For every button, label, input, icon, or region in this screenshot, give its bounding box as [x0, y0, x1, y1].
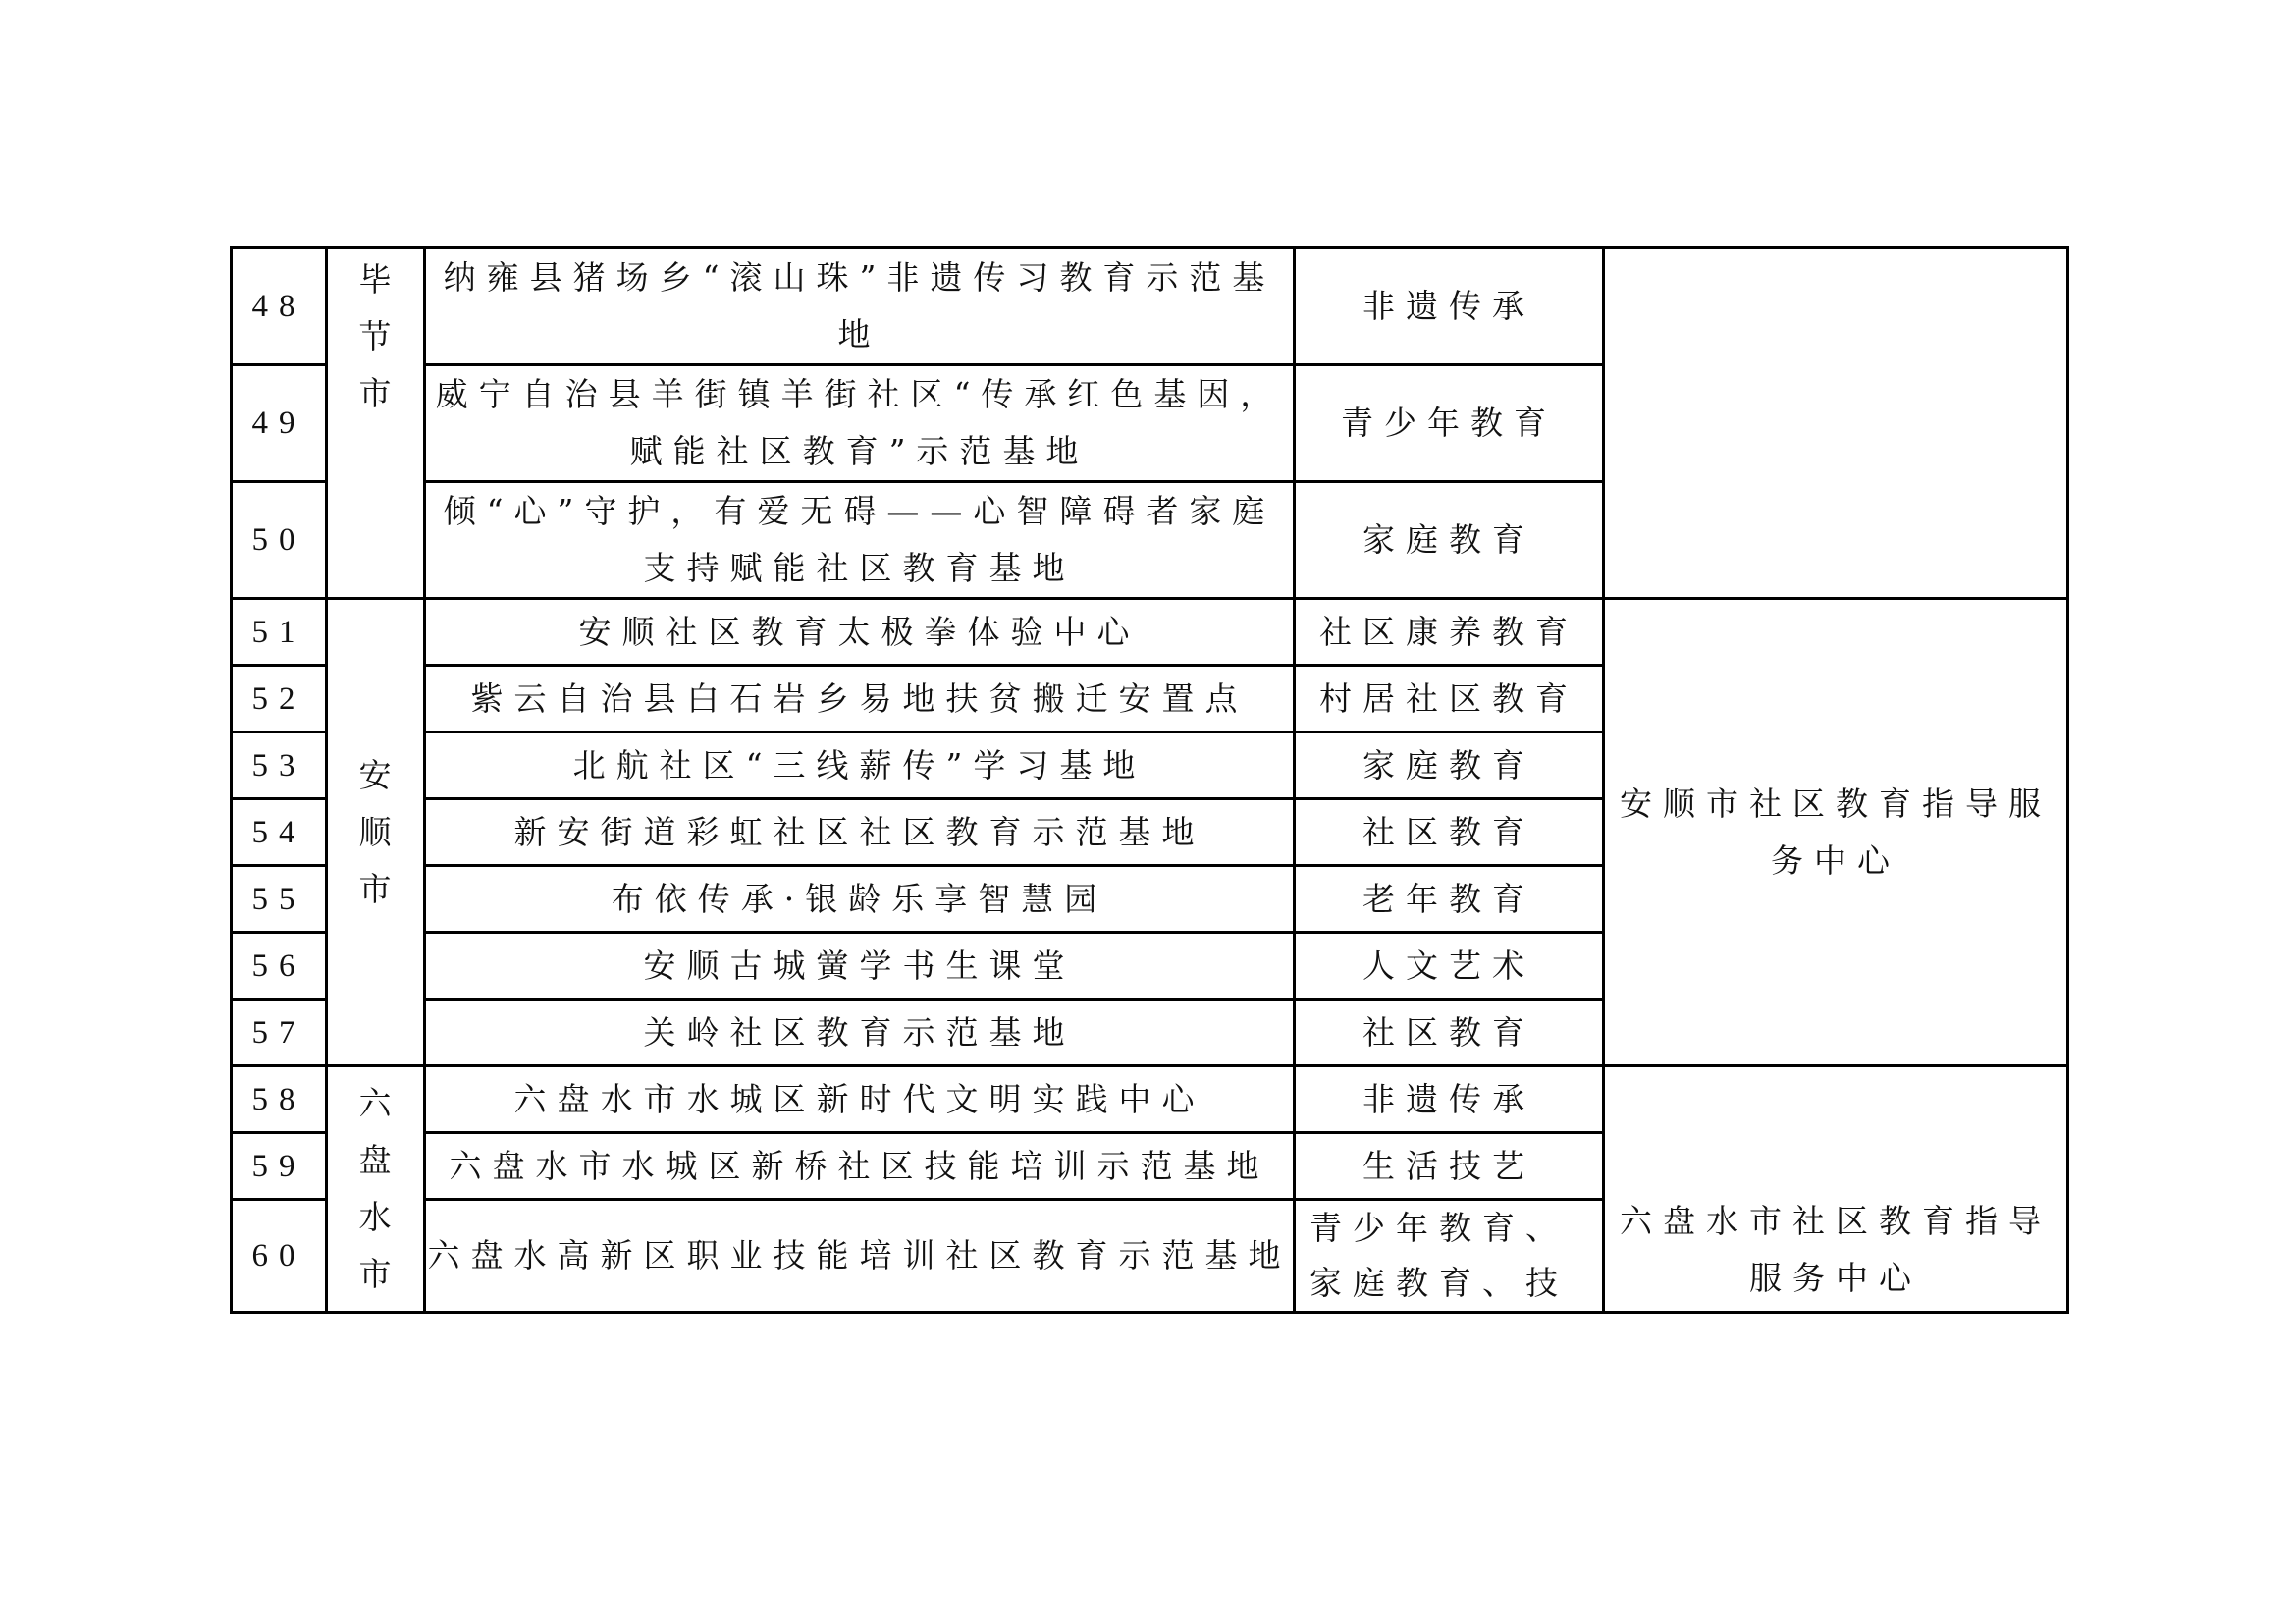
base-name: 新安街道彩虹社区社区教育示范基地 [425, 799, 1295, 866]
base-type: 青少年教育、家庭教育、技 [1295, 1200, 1604, 1313]
base-type: 非遗传承 [1295, 1066, 1604, 1133]
table-row: 48 毕节市 纳雍县猪场乡“滚山珠”非遗传习教育示范基地 非遗传承 [232, 248, 2068, 365]
city-cell: 安顺市 [327, 599, 425, 1066]
row-number: 48 [232, 248, 327, 365]
row-number: 53 [232, 732, 327, 799]
service-center: 六盘水市社区教育指导服务中心 [1604, 1066, 2068, 1313]
base-type: 青少年教育 [1295, 365, 1604, 482]
table-row: 51 安顺市 安顺社区教育太极拳体验中心 社区康养教育 安顺市社区教育指导服务中… [232, 599, 2068, 666]
service-center [1604, 248, 2068, 599]
base-name: 安顺社区教育太极拳体验中心 [425, 599, 1295, 666]
base-name: 六盘水高新区职业技能培训社区教育示范基地 [425, 1200, 1295, 1313]
row-number: 54 [232, 799, 327, 866]
base-type: 生活技艺 [1295, 1133, 1604, 1200]
base-name: 布依传承·银龄乐享智慧园 [425, 866, 1295, 933]
city-name: 安顺市 [359, 747, 393, 918]
row-number: 55 [232, 866, 327, 933]
table-row: 58 六盘水市 六盘水市水城区新时代文明实践中心 非遗传承 六盘水市社区教育指导… [232, 1066, 2068, 1133]
base-name: 六盘水市水城区新桥社区技能培训示范基地 [425, 1133, 1295, 1200]
base-type: 家庭教育 [1295, 482, 1604, 599]
base-name: 紫云自治县白石岩乡易地扶贫搬迁安置点 [425, 666, 1295, 732]
row-number: 60 [232, 1200, 327, 1313]
base-type: 社区教育 [1295, 1000, 1604, 1066]
base-type: 非遗传承 [1295, 248, 1604, 365]
base-type: 老年教育 [1295, 866, 1604, 933]
row-number: 49 [232, 365, 327, 482]
base-type: 社区康养教育 [1295, 599, 1604, 666]
base-type: 村居社区教育 [1295, 666, 1604, 732]
row-number: 57 [232, 1000, 327, 1066]
base-type: 人文艺术 [1295, 933, 1604, 1000]
base-type-text: 青少年教育、家庭教育、技 [1309, 1201, 1602, 1311]
row-number: 58 [232, 1066, 327, 1133]
row-number: 51 [232, 599, 327, 666]
base-name: 关岭社区教育示范基地 [425, 1000, 1295, 1066]
base-name: 安顺古城黉学书生课堂 [425, 933, 1295, 1000]
document-page: 48 毕节市 纳雍县猪场乡“滚山珠”非遗传习教育示范基地 非遗传承 49 威宁自… [0, 0, 2296, 1624]
base-name: 纳雍县猪场乡“滚山珠”非遗传习教育示范基地 [425, 248, 1295, 365]
base-name: 六盘水市水城区新时代文明实践中心 [425, 1066, 1295, 1133]
row-number: 59 [232, 1133, 327, 1200]
base-type: 社区教育 [1295, 799, 1604, 866]
city-cell: 毕节市 [327, 248, 425, 599]
city-name: 六盘水市 [359, 1075, 393, 1303]
row-number: 52 [232, 666, 327, 732]
row-number: 50 [232, 482, 327, 599]
base-name: 威宁自治县羊街镇羊街社区“传承红色基因，赋能社区教育”示范基地 [425, 365, 1295, 482]
education-base-table: 48 毕节市 纳雍县猪场乡“滚山珠”非遗传习教育示范基地 非遗传承 49 威宁自… [230, 246, 2069, 1314]
base-name: 北航社区“三线薪传”学习基地 [425, 732, 1295, 799]
row-number: 56 [232, 933, 327, 1000]
city-cell: 六盘水市 [327, 1066, 425, 1313]
service-center: 安顺市社区教育指导服务中心 [1604, 599, 2068, 1066]
base-name: 倾“心”守护，有爱无碍——心智障碍者家庭支持赋能社区教育基地 [425, 482, 1295, 599]
city-name: 毕节市 [359, 251, 393, 422]
base-type: 家庭教育 [1295, 732, 1604, 799]
